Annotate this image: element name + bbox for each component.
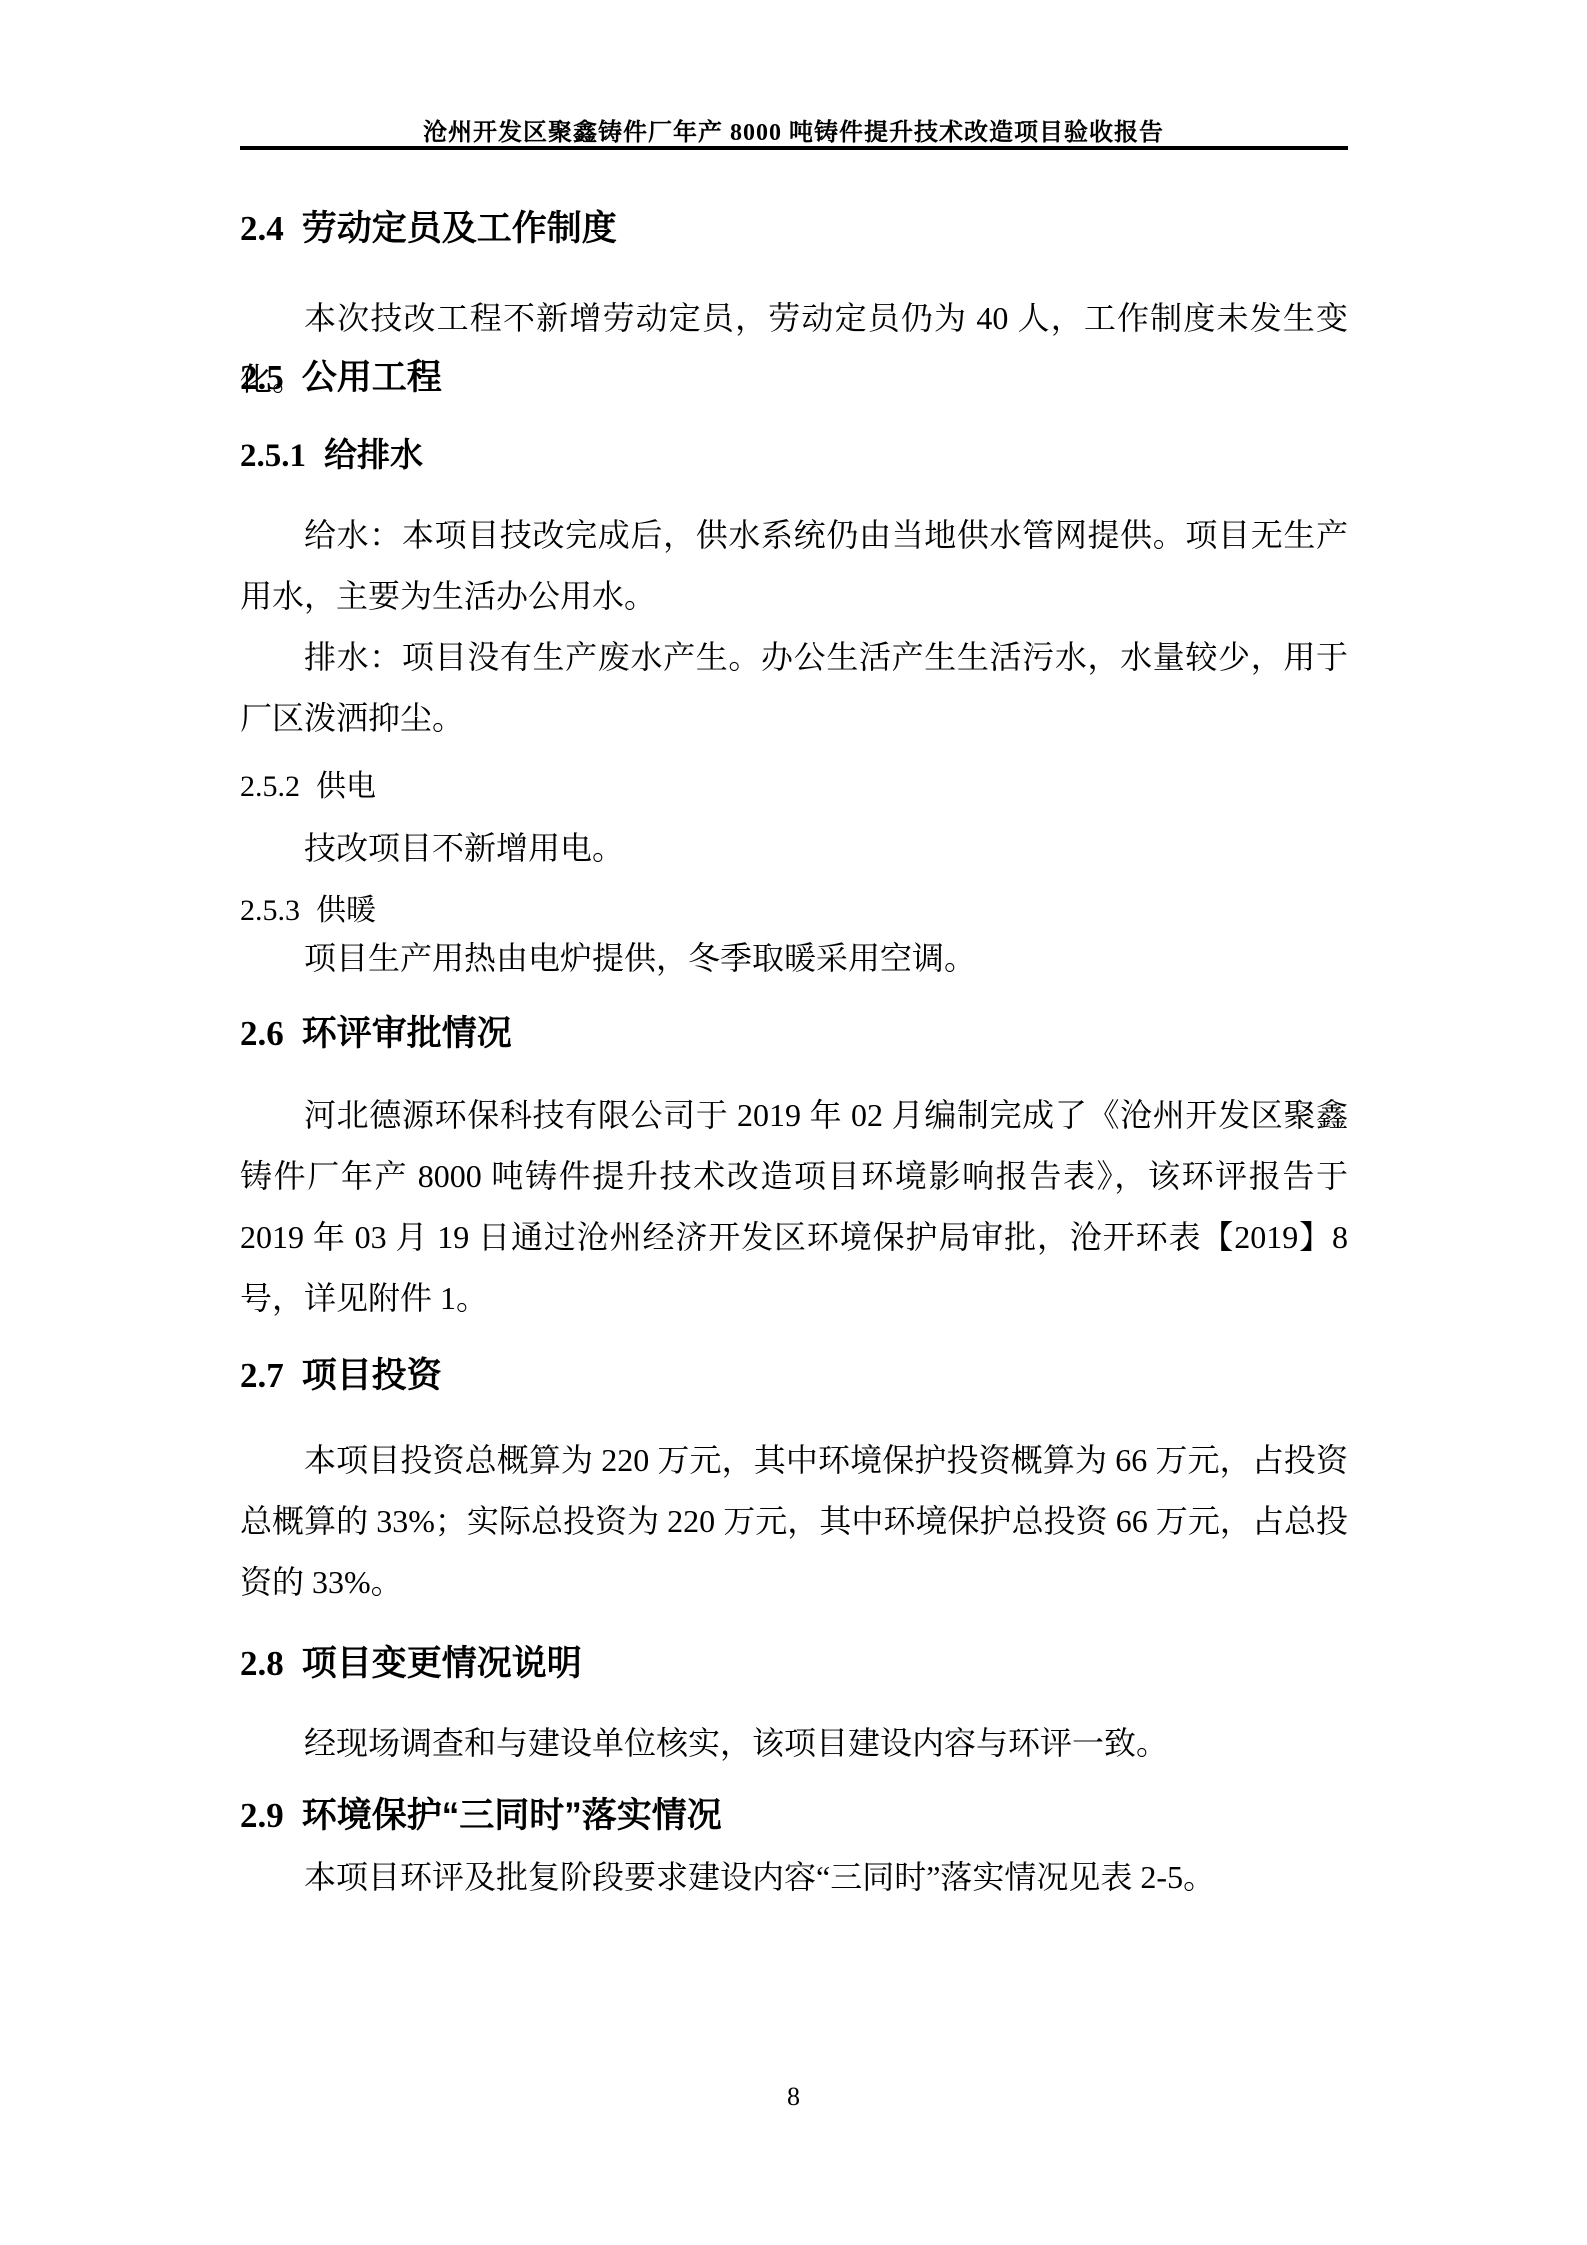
header-rule (240, 146, 1348, 150)
heading-number: 2.5.1 (240, 438, 306, 474)
heading-title: 劳动定员及工作制度 (302, 209, 617, 248)
document-page: 沧州开发区聚鑫铸件厂年产 8000 吨铸件提升技术改造项目验收报告 2.4劳动定… (0, 0, 1587, 2245)
heading-2-6: 2.6环评审批情况 (240, 1015, 1348, 1054)
paragraph-2-5-1-drainage: 排水：项目没有生产废水产生。办公生活产生生活污水，水量较少，用于厂区泼洒抑尘。 (240, 627, 1348, 749)
heading-2-8: 2.8项目变更情况说明 (240, 1645, 1348, 1684)
paragraph-2-5-3-1: 项目生产用热由电炉提供，冬季取暖采用空调。 (240, 928, 1348, 989)
heading-number: 2.6 (240, 1014, 284, 1053)
heading-title: 给排水 (324, 436, 423, 473)
paragraph-2-8-1: 经现场调查和与建设单位核实，该项目建设内容与环评一致。 (240, 1713, 1348, 1774)
heading-title: 项目投资 (302, 1356, 442, 1395)
heading-2-5-1: 2.5.1给排水 (240, 437, 1348, 474)
heading-title: 项目变更情况说明 (302, 1644, 582, 1683)
heading-number: 2.8 (240, 1644, 284, 1683)
heading-number: 2.5.3 (240, 894, 300, 927)
heading-title: 供电 (316, 770, 376, 803)
paragraph-2-5-2-1: 技改项目不新增用电。 (240, 818, 1348, 879)
page-number: 8 (0, 2082, 1587, 2112)
paragraph-2-7-1: 本项目投资总概算为 220 万元，其中环境保护投资概算为 66 万元，占投资总概… (240, 1430, 1348, 1613)
paragraph-2-6-1: 河北德源环保科技有限公司于 2019 年 02 月编制完成了《沧州开发区聚鑫铸件… (240, 1085, 1348, 1329)
paragraph-2-5-1-water-supply: 给水：本项目技改完成后，供水系统仍由当地供水管网提供。项目无生产用水，主要为生活… (240, 505, 1348, 627)
paragraph-2-9-1: 本项目环评及批复阶段要求建设内容“三同时”落实情况见表 2-5。 (240, 1847, 1348, 1908)
heading-number: 2.9 (240, 1796, 284, 1835)
heading-number: 2.4 (240, 209, 284, 248)
heading-title: 供暖 (316, 894, 376, 927)
heading-title: 环境保护“三同时”落实情况 (302, 1796, 722, 1835)
heading-number: 2.5.2 (240, 770, 300, 803)
heading-title: 环评审批情况 (302, 1014, 512, 1053)
heading-2-5: 2.5公用工程 (240, 359, 1348, 398)
heading-2-5-3: 2.5.3供暖 (240, 894, 1348, 927)
heading-2-4: 2.4劳动定员及工作制度 (240, 210, 1348, 249)
heading-2-9: 2.9环境保护“三同时”落实情况 (240, 1797, 1348, 1836)
heading-title: 公用工程 (302, 358, 442, 397)
page-header-title: 沧州开发区聚鑫铸件厂年产 8000 吨铸件提升技术改造项目验收报告 (0, 112, 1587, 147)
heading-2-7: 2.7项目投资 (240, 1357, 1348, 1396)
heading-2-5-2: 2.5.2供电 (240, 770, 1348, 803)
heading-number: 2.7 (240, 1356, 284, 1395)
heading-number: 2.5 (240, 358, 284, 397)
